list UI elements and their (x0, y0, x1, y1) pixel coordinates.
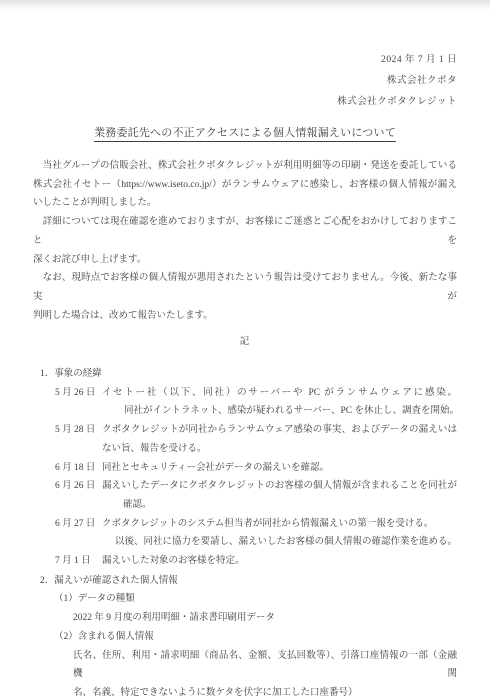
timeline-row: 6 月 27 日 クボタクレジットのシステム担当者が同社から情報漏えいの第一報を… (33, 515, 457, 534)
section1-heading: 1．事象の経緯 (33, 365, 457, 384)
company-name-kubota: 株式会社クボタ (33, 71, 457, 92)
timeline-date: 6 月 27 日 (55, 515, 102, 534)
timeline-date: 6 月 26 日 (55, 477, 102, 496)
timeline-row: 5 月 28 日 クボタクレジットが同社からランサムウェア感染の事実、およびデー… (33, 421, 457, 440)
paragraph-line: 当社グループの信販会社、株式会社クボタクレジットが利用明細等の印刷・発送を委託し… (33, 157, 457, 176)
timeline-row: 6 月 26 日 漏えいしたデータにクボタクレジットのお客様の個人情報が含まれる… (33, 477, 457, 496)
intro-paragraphs: 当社グループの信販会社、株式会社クボタクレジットが利用明細等の印刷・発送を委託し… (33, 157, 457, 325)
paragraph-line: 詳細については現在確認を進めておりますが、お客様にご迷惑とご心配をおかけしており… (33, 213, 457, 250)
document-title: 業務委託先への不正アクセスによる個人情報漏えいについて (33, 124, 457, 143)
timeline-date: 6 月 18 日 (55, 459, 102, 478)
timeline-description: クボタクレジットのシステム担当者が同社から情報漏えいの第一報を受ける。 (102, 515, 457, 534)
document-page: 2024 年 7 月 1 日 株式会社クボタ 株式会社クボタクレジット 業務委託… (0, 0, 490, 697)
timeline-row: 6 月 18 日 同社とセキュリティー会社がデータの漏えいを確認。 (33, 459, 457, 478)
document-title-text: 業務委託先への不正アクセスによる個人情報漏えいについて (94, 127, 396, 142)
section2-item1-label: （1）データの種類 (33, 590, 457, 609)
timeline-description: クボタクレジットが同社からランサムウェア感染の事実、およびデータの漏えいは (102, 421, 457, 440)
section2-item2-label: （2）含まれる個人情報 (33, 628, 457, 647)
timeline-description: 漏えいした対象のお客様を特定。 (102, 552, 457, 571)
paragraph-line: 深くお詫び申し上げます。 (33, 251, 457, 270)
timeline-continuation: 同社がイントラネット、感染が疑われるサーバー、PC を休止し、調査を開始。 (33, 402, 457, 421)
document-date: 2024 年 7 月 1 日 (33, 50, 457, 71)
section2-heading: 2．漏えいが確認された個人情報 (33, 572, 457, 591)
paragraph-line: 株式会社イセトー（https://www.iseto.co.jp/）がランサムウ… (33, 176, 457, 195)
timeline-description: 同社とセキュリティー会社がデータの漏えいを確認。 (102, 459, 457, 478)
paragraph-line: いしたことが判明しました。 (33, 194, 457, 213)
document-body: 2024 年 7 月 1 日 株式会社クボタ 株式会社クボタクレジット 業務委託… (0, 0, 490, 697)
paragraph-line: なお、現時点でお客様の個人情報が悪用されたという報告は受けておりません。今後、新… (33, 269, 457, 306)
timeline-continuation: 確認。 (33, 496, 457, 515)
paragraph-line: 判明した場合は、改めて報告いたします。 (33, 307, 457, 326)
timeline-date: 7 月 1 日 (55, 552, 102, 571)
document-header: 2024 年 7 月 1 日 株式会社クボタ 株式会社クボタクレジット (33, 0, 457, 113)
timeline-description: イセトー社（以下、同社）のサーバーや PC がランサムウェアに感染。 (102, 384, 457, 403)
ki-marker: 記 (33, 333, 457, 352)
section2-item2-value-line: 名、名義、特定できないように数ケタを伏字に加工した口座番号） (33, 684, 457, 697)
timeline-continuation: 以後、同社に協力を要請し、漏えいしたお客様の個人情報の確認作業を進める。 (33, 533, 457, 552)
timeline-continuation: ない旨、報告を受ける。 (33, 440, 457, 459)
timeline-row: 7 月 1 日 漏えいした対象のお客様を特定。 (33, 552, 457, 571)
timeline-description: 漏えいしたデータにクボタクレジットのお客様の個人情報が含まれることを同社が (102, 477, 457, 496)
timeline-date: 5 月 26 日 (55, 384, 102, 403)
company-name-kubota-credit: 株式会社クボタクレジット (33, 92, 457, 113)
section2-item1-value: 2022 年 9 月度の利用明細・請求書印刷用データ (33, 609, 457, 628)
timeline-date: 5 月 28 日 (55, 421, 102, 440)
section2-item2-value-line: 氏名、住所、利用・請求明細（商品名、金額、支払回数等）、引落口座情報の一部（金融… (33, 647, 457, 684)
timeline-row: 5 月 26 日 イセトー社（以下、同社）のサーバーや PC がランサムウェアに… (33, 384, 457, 403)
